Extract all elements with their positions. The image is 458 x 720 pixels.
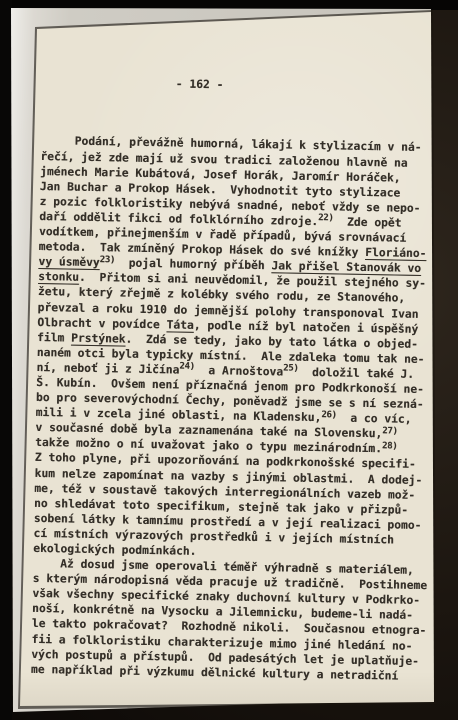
text-segment: Olbracht v povídce <box>37 316 166 331</box>
footnote-ref: 23) <box>100 255 116 265</box>
typewritten-text-block: - 162 - Podání, převážně humorná, lákají… <box>30 14 443 714</box>
photo-dark-border-left <box>0 0 12 720</box>
text-segment: pojal humorný příběh <box>115 257 272 273</box>
underlined-title: Jak přišel Stanovák vo <box>271 259 421 275</box>
footnote-ref: 26) <box>321 410 337 420</box>
scanned-book-page: - 162 - Podání, převážně humorná, lákají… <box>0 0 458 720</box>
text-segment: Zde opět <box>333 215 401 229</box>
underlined-title: stonku <box>38 270 79 284</box>
text-segment: film <box>37 331 71 345</box>
text-segment: a co víc, <box>337 412 412 426</box>
text-segment: ní, neboť ji z Jičína <box>36 361 179 377</box>
footnote-ref: 22) <box>318 214 334 224</box>
photographed-book-scene: - 162 - Podání, převážně humorná, lákají… <box>0 0 458 720</box>
underlined-title: Prstýnek <box>71 331 126 345</box>
underlined-title: vy úsměvy <box>38 255 99 269</box>
footnote-ref: 24) <box>179 362 195 372</box>
underlined-title: Floriáno- <box>365 246 426 260</box>
footnote-ref: 28) <box>382 441 398 451</box>
text-segment: a Arnoštova <box>195 364 284 379</box>
page-number: - 162 - <box>176 77 442 97</box>
footnote-ref: 25) <box>283 364 299 374</box>
underlined-title: Táta <box>166 318 193 331</box>
page-text-body: Podání, převážně humorná, lákají k styli… <box>31 133 441 684</box>
text-segment: doložil také J. <box>298 366 414 381</box>
footnote-ref: 27) <box>382 426 398 436</box>
